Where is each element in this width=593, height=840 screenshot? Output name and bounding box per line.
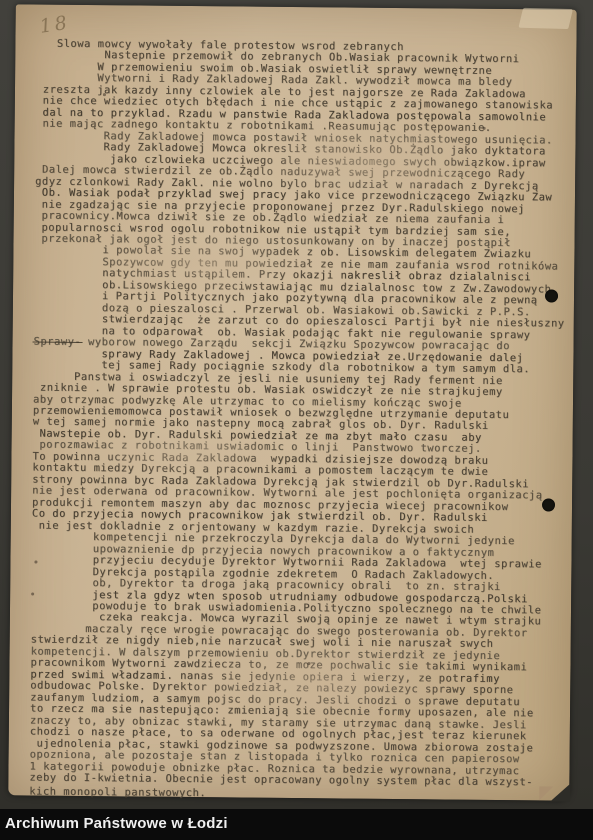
dust-speck bbox=[103, 93, 106, 96]
scanned-document-view: 18 Slowa mowcy wywołały fale protestow w… bbox=[0, 0, 593, 840]
document-page: 18 Slowa mowcy wywołały fale protestow w… bbox=[8, 4, 577, 800]
tape-mark bbox=[518, 8, 573, 29]
scan-viewport: { "colors": { "paper": "#c9b292", "ink":… bbox=[0, 0, 593, 840]
hole-punch-lower bbox=[542, 498, 555, 511]
typed-line: kich monopoli panstwowych. bbox=[29, 786, 565, 803]
hole-punch-upper bbox=[545, 289, 558, 302]
archive-watermark-label: Archiwum Państwowe w Łodzi bbox=[5, 815, 228, 832]
archive-watermark-bar: Archiwum Państwowe w Łodzi bbox=[0, 809, 593, 840]
dust-speck bbox=[34, 561, 37, 564]
struck-word: Sprawy- bbox=[34, 336, 82, 348]
corner-fold-cut bbox=[550, 783, 570, 801]
dust-speck bbox=[31, 593, 34, 596]
typed-text: Slowa mowcy wywołały fale protestow wsro… bbox=[29, 39, 572, 804]
dust-speck bbox=[483, 127, 486, 130]
dust-speck bbox=[307, 662, 310, 665]
handwritten-page-number: 18 bbox=[38, 12, 71, 38]
